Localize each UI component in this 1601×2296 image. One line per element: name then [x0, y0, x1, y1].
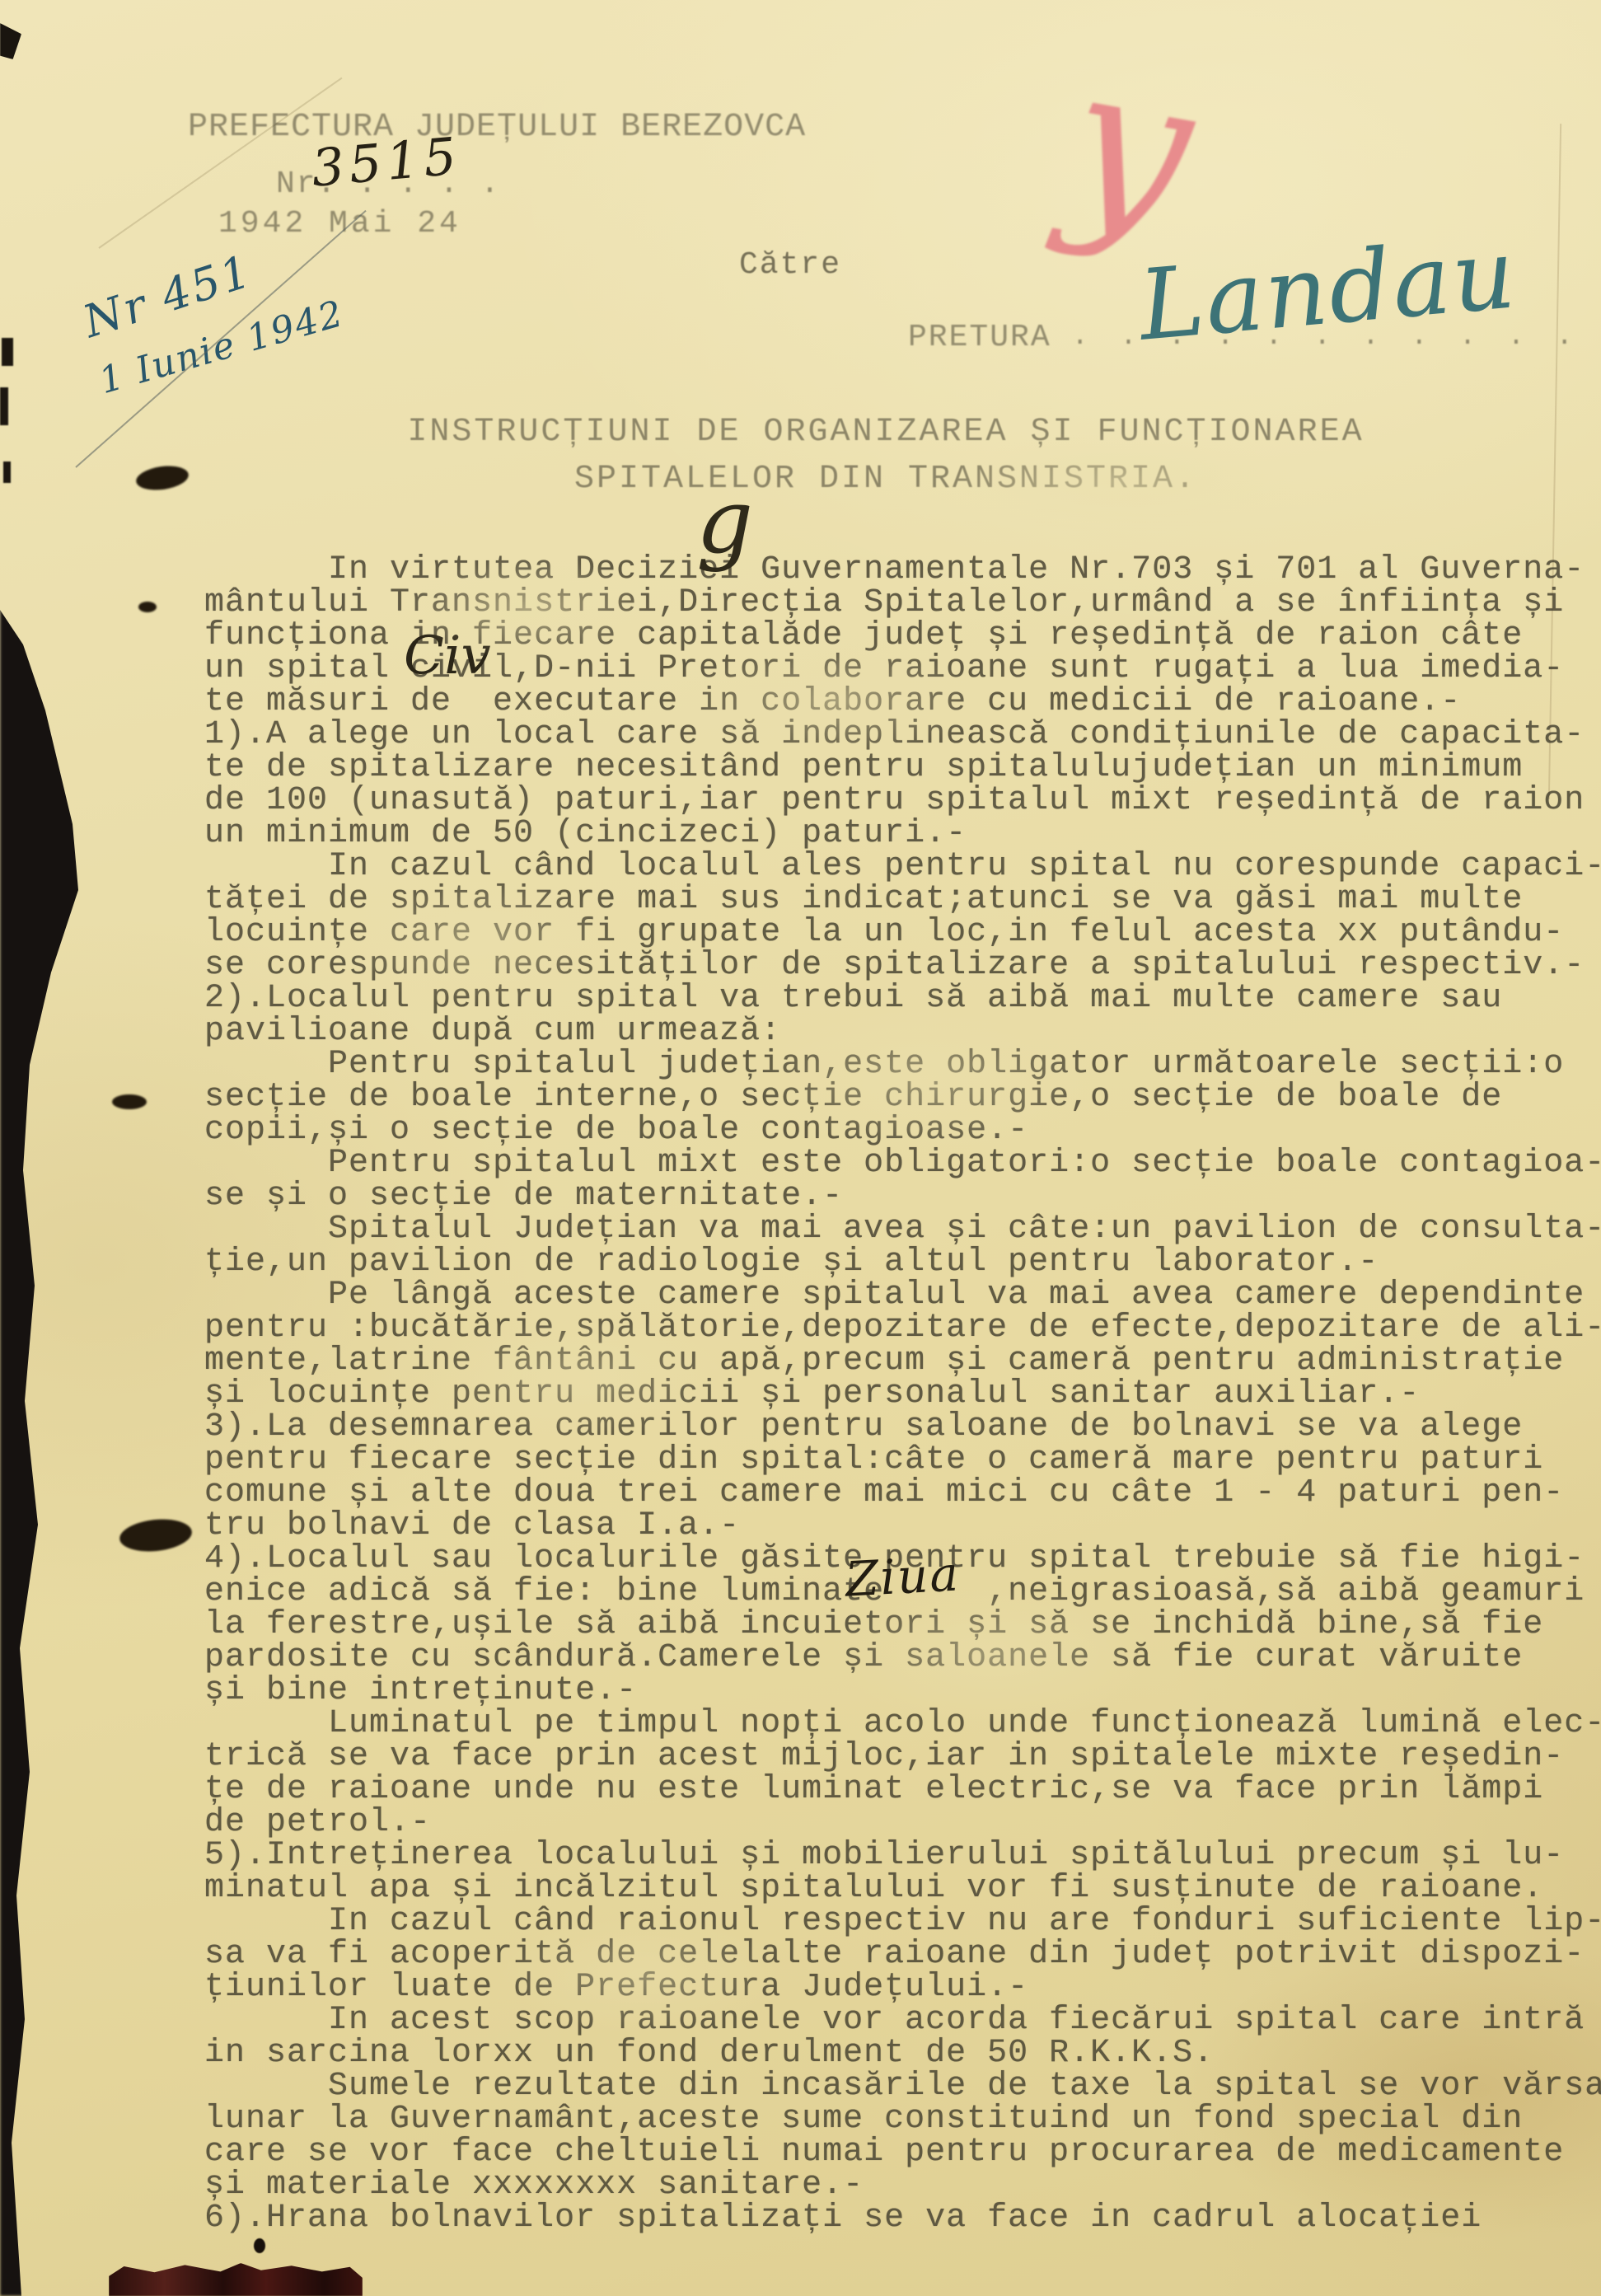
paper-hole: [118, 1516, 193, 1555]
paper-hole: [112, 1094, 147, 1109]
paragraph: 1).A alege un local care să indeplineasc…: [204, 719, 1601, 850]
handwritten-insert-ziua: Ziua: [845, 1549, 962, 1603]
edge-speck: [3, 462, 11, 483]
title-line-2: SPITALELOR DIN TRANSNISTRIA.: [387, 456, 1384, 503]
red-pencil-mark: y: [1054, 35, 1205, 260]
edge-speck: [2, 338, 13, 366]
edge-speck: [0, 387, 8, 425]
paragraph: Sumele rezultate din incasările de taxe …: [204, 2070, 1601, 2202]
paragraph: Spitalul Județian va mai avea și câte:un…: [204, 1213, 1601, 1279]
recipient-label: PRETURA: [908, 320, 1051, 355]
paper-hole: [138, 602, 157, 612]
paper-hole: [134, 463, 190, 494]
document-title: INSTRUCȚIUNI DE ORGANIZAREA ȘI FUNCȚIONA…: [387, 409, 1384, 503]
paragraph: 5).Intreținerea localului și mobilierulu…: [204, 1839, 1601, 1905]
paragraph: Pentru spitalul mixt este obligatori:o s…: [204, 1147, 1601, 1213]
paragraph: In acest scop raioanele vor acorda fiecă…: [204, 2004, 1601, 2070]
ink-speck: [254, 2238, 265, 2253]
paragraph: Luminatul pe timpul nopți acolo unde fun…: [204, 1708, 1601, 1839]
paragraph: In cazul când localul ales pentru spital…: [204, 850, 1601, 982]
paragraph: Pentru spitalul județian,este obligator …: [204, 1048, 1601, 1147]
scanned-document-page: PREFECTURA JUDEȚULUI BEREZOVCA Nr. . . .…: [0, 0, 1601, 2296]
date-line: 1942 Mai 24: [218, 206, 461, 241]
paragraph: 3).La desemnarea camerilor pentru saloan…: [204, 1411, 1601, 1543]
stamp-fragment: [109, 2263, 363, 2296]
top-left-nick: [0, 23, 21, 59]
letterhead-office: PREFECTURA JUDEȚULUI BEREZOVCA: [188, 109, 806, 146]
paragraph: 6).Hrana bolnavilor spitalizați se va fa…: [204, 2202, 1601, 2235]
handwritten-correction-civ: Civ: [404, 630, 491, 682]
salutation: Către: [739, 247, 841, 283]
title-line-1: INSTRUCȚIUNI DE ORGANIZAREA ȘI FUNCȚIONA…: [387, 409, 1384, 456]
paragraph: In cazul când raionul respectiv nu are f…: [204, 1905, 1601, 2004]
torn-left-edge: [0, 0, 99, 2296]
paragraph: Pe lângă aceste camere spitalul va mai a…: [204, 1279, 1601, 1411]
handwritten-correction-g: g: [696, 478, 753, 567]
paragraph: 2).Localul pentru spital va trebui să ai…: [204, 982, 1601, 1048]
document-body: In virtutea Deciziei Guvernamentale Nr.7…: [204, 554, 1601, 2235]
